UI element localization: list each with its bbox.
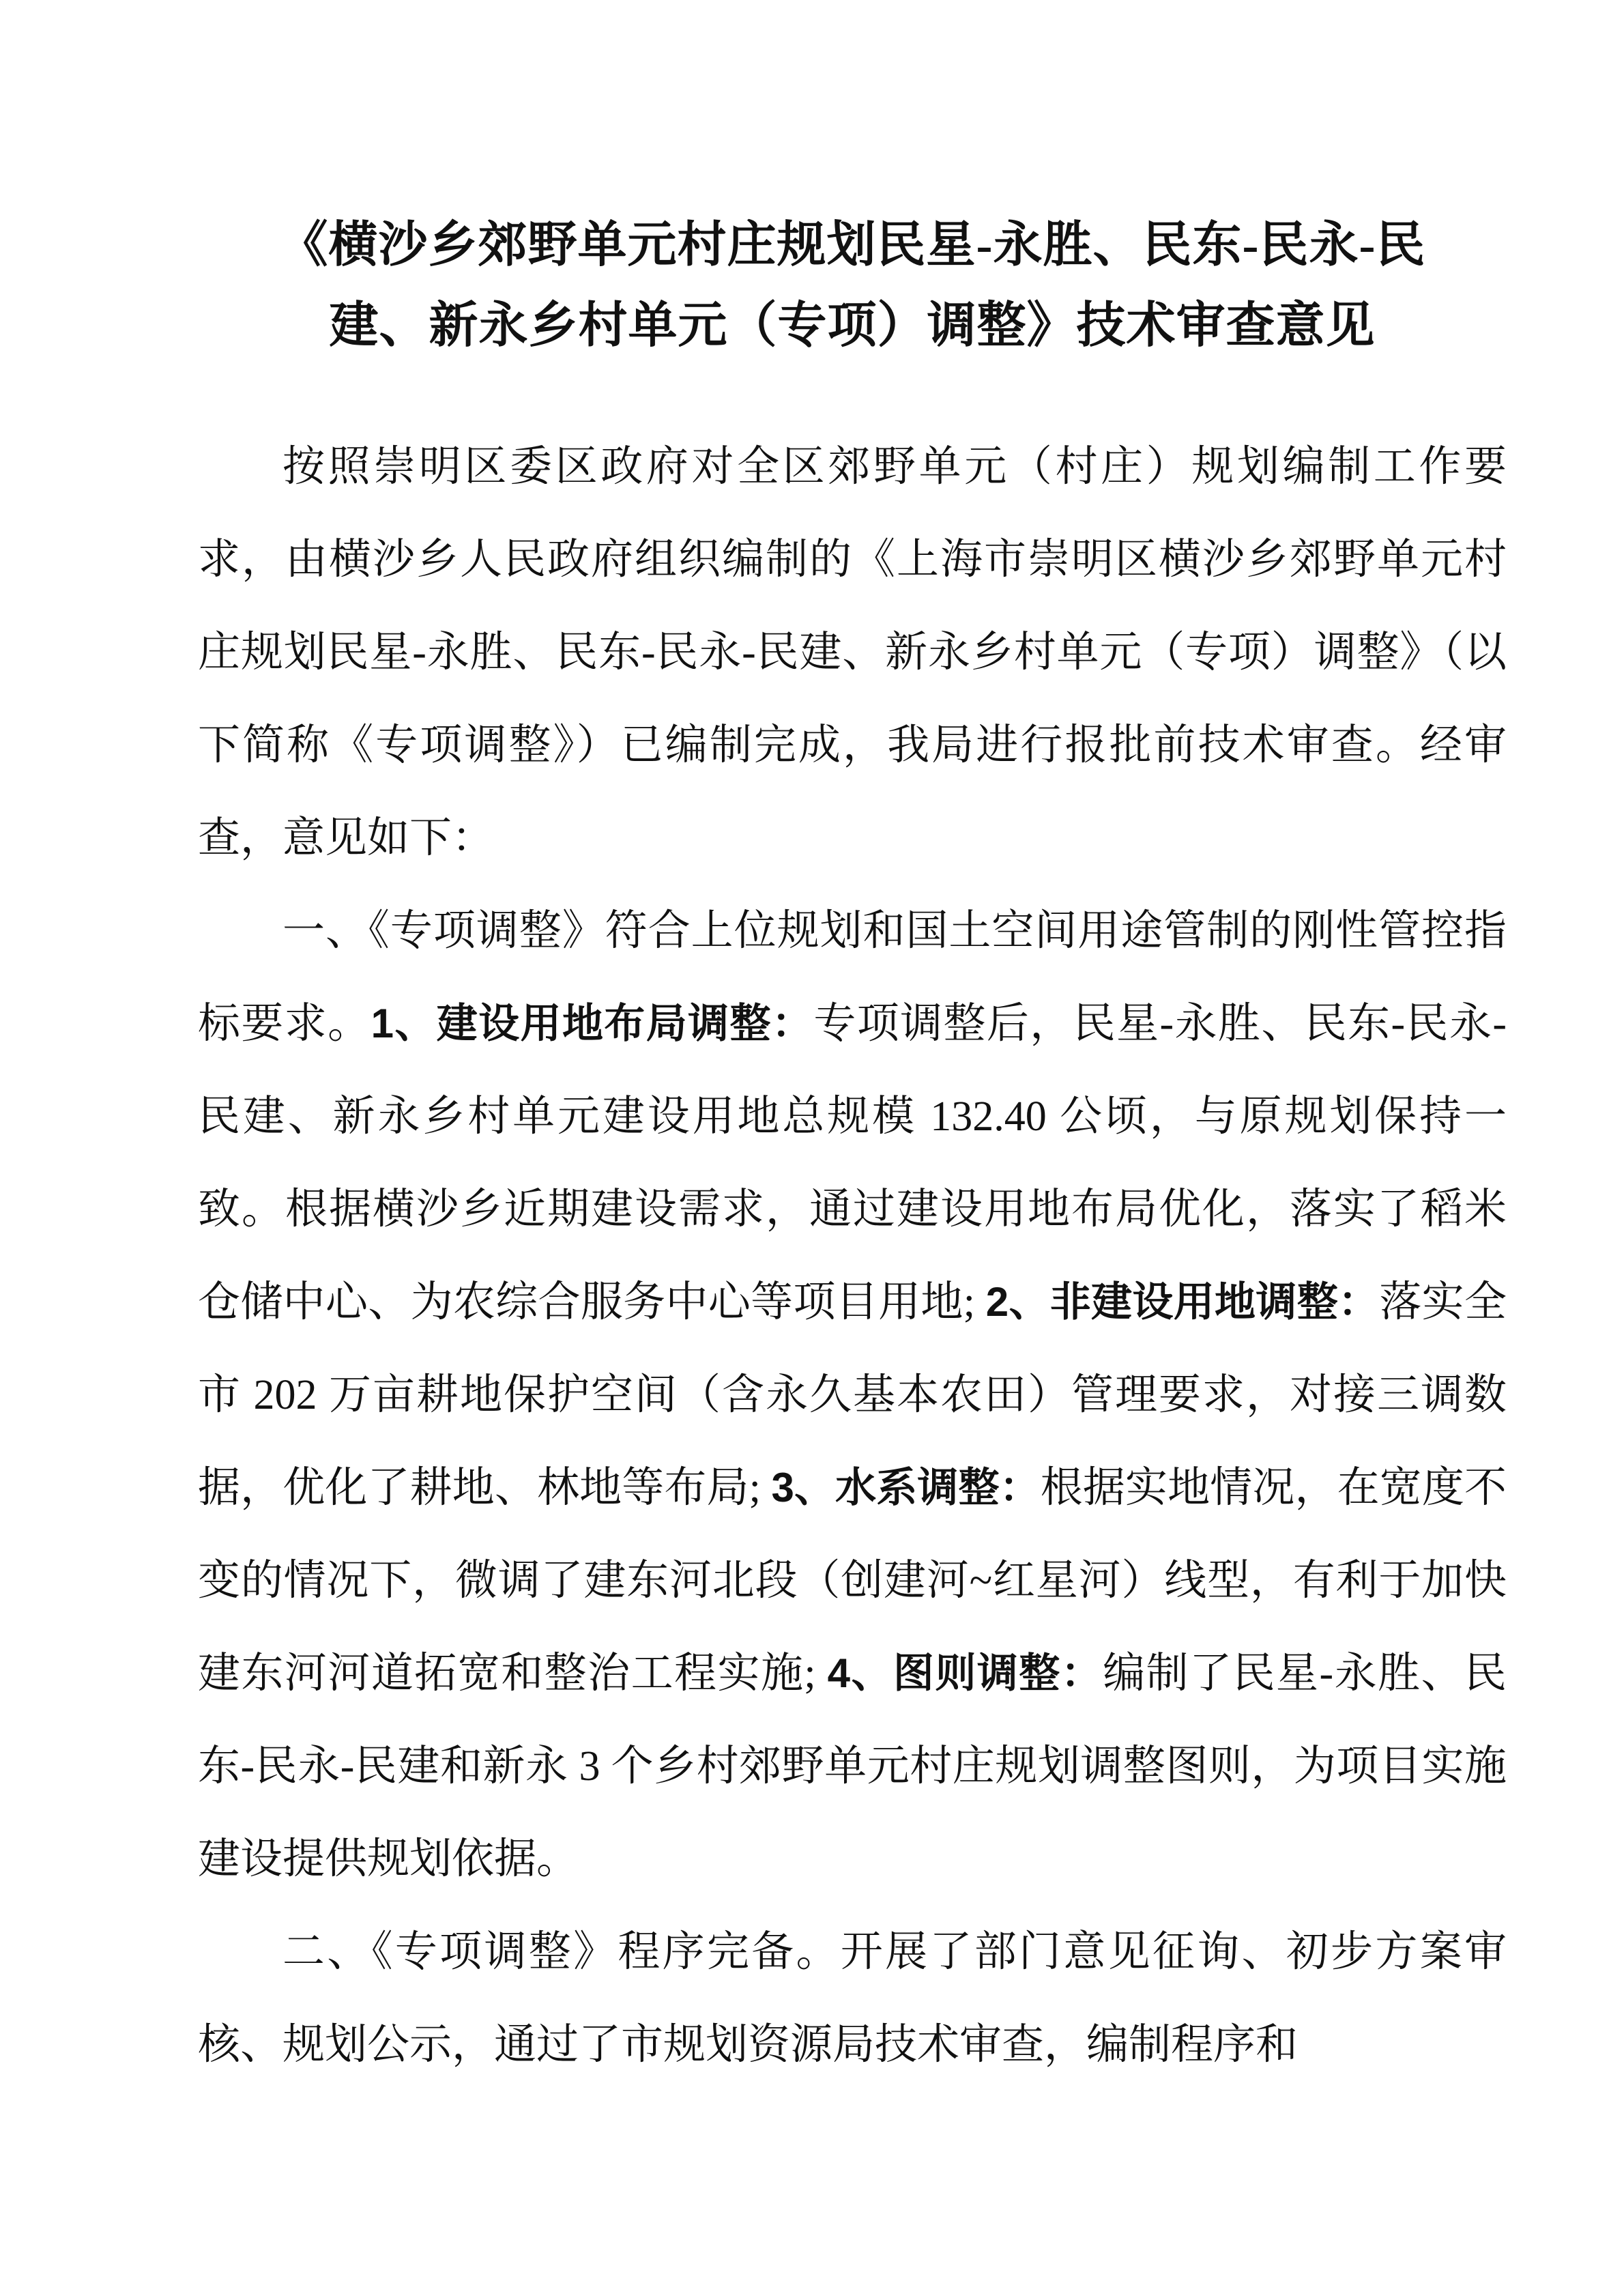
- document-title: 《横沙乡郊野单元村庄规划民星-永胜、民东-民永-民 建、新永乡村单元（专项）调整…: [198, 205, 1507, 366]
- bold-text-run: 4、图则调整：: [828, 1650, 1103, 1696]
- bold-text-run: 2、非建设用地调整：: [986, 1279, 1380, 1325]
- paragraph: 按照崇明区委区政府对全区郊野单元（村庄）规划编制工作要求，由横沙乡人民政府组织编…: [198, 420, 1507, 885]
- title-line-1: 《横沙乡郊野单元村庄规划民星-永胜、民东-民永-民: [198, 205, 1507, 285]
- paragraph: 一、《专项调整》符合上位规划和国土空间用途管制的刚性管控指标要求。1、建设用地布…: [198, 885, 1507, 1906]
- document-page: 《横沙乡郊野单元村庄规划民星-永胜、民东-民永-民 建、新永乡村单元（专项）调整…: [0, 0, 1624, 2296]
- document-body: 按照崇明区委区政府对全区郊野单元（村庄）规划编制工作要求，由横沙乡人民政府组织编…: [198, 420, 1507, 2091]
- text-run: 二、《专项调整》程序完备。开展了部门意见征询、初步方案审核、规划公示，通过了市规…: [198, 1929, 1507, 2068]
- bold-text-run: 1、建设用地布局调整：: [371, 1001, 814, 1046]
- text-run: 按照崇明区委区政府对全区郊野单元（村庄）规划编制工作要求，由横沙乡人民政府组织编…: [198, 444, 1507, 861]
- bold-text-run: 3、水系调整：: [771, 1465, 1040, 1510]
- title-line-2: 建、新永乡村单元（专项）调整》技术审查意见: [198, 285, 1507, 366]
- text-run: 专项调整后，民星-永胜、民东-民永-民建、新永乡村单元建设用地总规模 132.4…: [198, 1001, 1507, 1325]
- paragraph: 二、《专项调整》程序完备。开展了部门意见征询、初步方案审核、规划公示，通过了市规…: [198, 1906, 1507, 2091]
